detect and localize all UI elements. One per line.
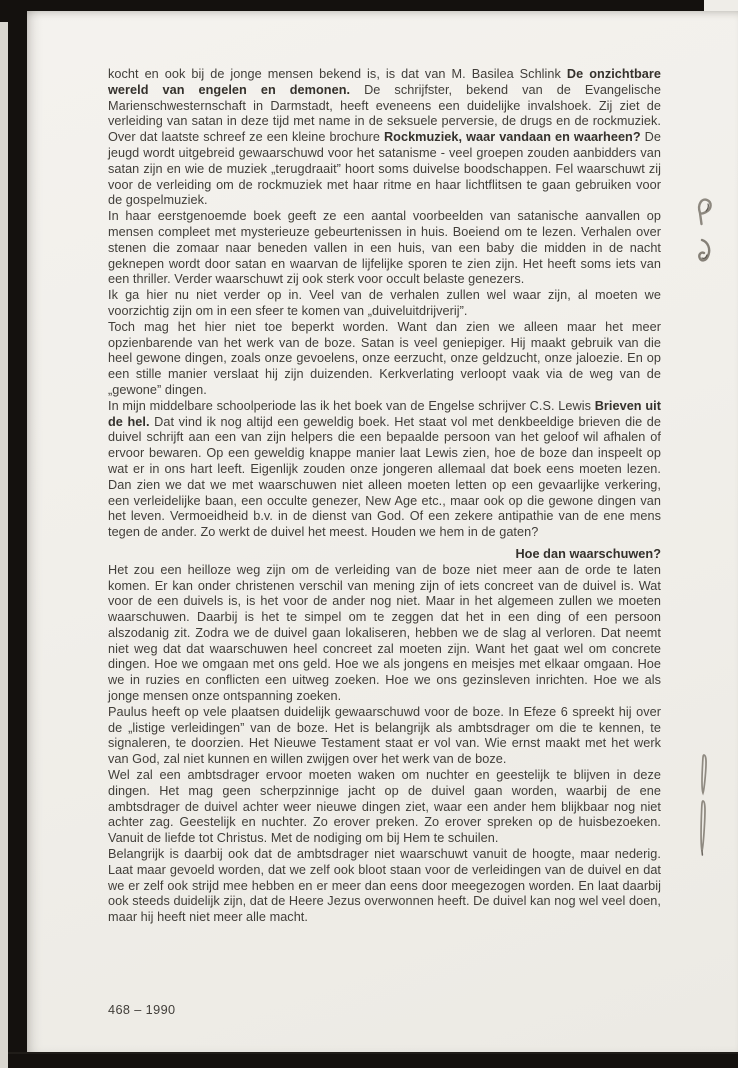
text-segment: Belangrijk is daarbij ook dat de ambtsdr… bbox=[108, 847, 661, 924]
bold-text-segment: Hoe dan waarschuwen? bbox=[515, 547, 661, 561]
paragraph: Ik ga hier nu niet verder op in. Veel va… bbox=[108, 288, 661, 320]
paragraph: Het zou een heilloze weg zijn om de verl… bbox=[108, 563, 661, 705]
scanned-page-scene: kocht en ook bij de jonge mensen bekend … bbox=[0, 0, 738, 1068]
staple-mark-icon bbox=[693, 196, 715, 278]
scan-border-left bbox=[8, 0, 27, 1068]
text-segment: Het zou een heilloze weg zijn om de verl… bbox=[108, 563, 661, 703]
text-segment: Ik ga hier nu niet verder op in. Veel va… bbox=[108, 288, 661, 318]
paragraph: Wel zal een ambtsdrager ervoor moeten wa… bbox=[108, 768, 661, 847]
article-body: kocht en ook bij de jonge mensen bekend … bbox=[108, 67, 661, 926]
paragraph: In haar eerstgenoemde boek geeft ze een … bbox=[108, 209, 661, 288]
text-segment: Paulus heeft op vele plaatsen duidelijk … bbox=[108, 705, 661, 766]
paragraph: Paulus heeft op vele plaatsen duidelijk … bbox=[108, 705, 661, 768]
section-heading: Hoe dan waarschuwen? bbox=[108, 547, 661, 563]
paragraph: kocht en ook bij de jonge mensen bekend … bbox=[108, 67, 661, 209]
paragraph: Belangrijk is daarbij ook dat de ambtsdr… bbox=[108, 847, 661, 926]
staple-mark-icon bbox=[693, 752, 713, 858]
bold-text-segment: Rockmuziek, waar vandaan en waarheen? bbox=[384, 130, 641, 144]
text-segment: Wel zal een ambtsdrager ervoor moeten wa… bbox=[108, 768, 661, 845]
page-number: 468 – 1990 bbox=[108, 1003, 176, 1017]
scan-border-bottom bbox=[8, 1052, 738, 1068]
text-segment: kocht en ook bij de jonge mensen bekend … bbox=[108, 67, 567, 81]
paragraph: In mijn middelbare schoolperiode las ik … bbox=[108, 399, 661, 541]
scan-border-top bbox=[0, 0, 704, 11]
text-segment: In haar eerstgenoemde boek geeft ze een … bbox=[108, 209, 661, 286]
paragraph: Toch mag het hier niet toe beperkt worde… bbox=[108, 320, 661, 399]
text-segment: Toch mag het hier niet toe beperkt worde… bbox=[108, 320, 661, 397]
adjacent-page-edge bbox=[0, 22, 8, 1068]
text-segment: In mijn middelbare schoolperiode las ik … bbox=[108, 399, 595, 413]
magazine-page: kocht en ook bij de jonge mensen bekend … bbox=[27, 11, 738, 1053]
text-segment: Dat vind ik nog altijd een geweldig boek… bbox=[108, 415, 661, 540]
